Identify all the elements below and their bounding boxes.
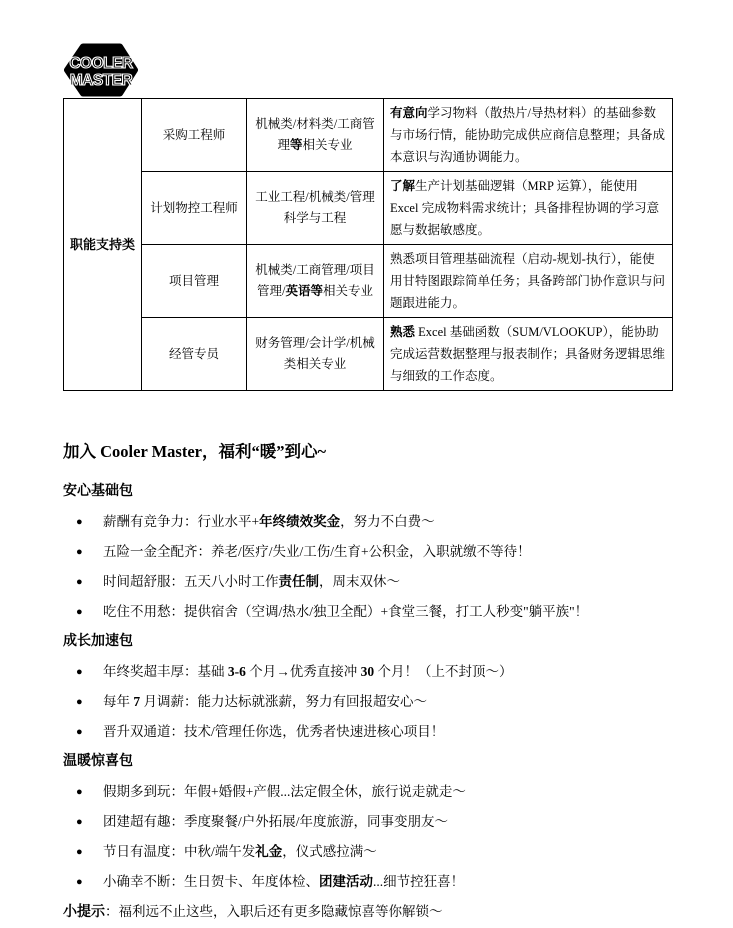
logo-text-line1: COOLER bbox=[69, 55, 133, 72]
benefit-list-growth: ●年终奖超丰厚：基础 3-6 个月→优秀直接冲 30 个月！（上不封顶～） ●每… bbox=[63, 657, 672, 747]
list-item-text: 晋升双通道：技术/管理任你选，优秀者快速进核心项目！ bbox=[103, 724, 444, 739]
job-desc-cell: 有意向学习物料（散热片/导热材料）的基础参数与市场行情，能协助完成供应商信息整理… bbox=[384, 99, 673, 172]
job-major-cell: 机械类/工商管理/项目管理/英语等相关专业 bbox=[247, 245, 384, 318]
list-item-text: 每年 7 月调薪：能力达标就涨薪，努力有回报超安心～ bbox=[103, 694, 427, 709]
list-item: ●节日有温度：中秋/端午发礼金，仪式感拉满～ bbox=[63, 837, 672, 867]
job-major-cell: 财务管理/会计学/机械类相关专业 bbox=[247, 318, 384, 391]
list-item-text: 时间超舒服：五天八小时工作责任制，周末双休～ bbox=[103, 574, 400, 589]
benefit-list-warm: ●假期多到玩：年假+婚假+产假...法定假全休，旅行说走就走～ ●团建超有趣：季… bbox=[63, 777, 672, 897]
footer-tip: 小提示：福利远不止这些，入职后还有更多隐藏惊喜等你解锁～ bbox=[63, 897, 672, 928]
benefit-list-basic: ●薪酬有竞争力：行业水平+年终绩效奖金，努力不白费～ ●五险一金全配齐：养老/医… bbox=[63, 507, 672, 627]
list-item-text: 节日有温度：中秋/端午发礼金，仪式感拉满～ bbox=[103, 844, 377, 859]
list-item-text: 吃住不用愁：提供宿舍（空调/热水/独卫全配）+食堂三餐，打工人秒变"躺平族"！ bbox=[103, 604, 588, 619]
table-row: 职能支持类 采购工程师 机械类/材料类/工商管理等相关专业 有意向学习物料（散热… bbox=[64, 99, 673, 172]
bullet-icon: ● bbox=[76, 537, 83, 567]
bullet-icon: ● bbox=[76, 507, 83, 537]
job-title-cell: 经管专员 bbox=[142, 318, 247, 391]
list-item-text: 年终奖超丰厚：基础 3-6 个月→优秀直接冲 30 个月！（上不封顶～） bbox=[103, 664, 513, 679]
job-major-cell: 工业工程/机械类/管理科学与工程 bbox=[247, 172, 384, 245]
job-desc-cell: 熟悉项目管理基础流程（启动-规划-执行），能使用甘特图跟踪简单任务；具备跨部门协… bbox=[384, 245, 673, 318]
list-item: ●薪酬有竞争力：行业水平+年终绩效奖金，努力不白费～ bbox=[63, 507, 672, 537]
logo-text-line2: MASTER bbox=[70, 72, 133, 89]
page-title: 加入 Cooler Master，福利“暖”到心~ bbox=[63, 440, 672, 464]
list-item-text: 五险一金全配齐：养老/医疗/失业/工伤/生育+公积金，入职就缴不等待！ bbox=[103, 544, 531, 559]
job-desc-cell: 了解生产计划基础逻辑（MRP 运算），能使用 Excel 完成物料需求统计；具备… bbox=[384, 172, 673, 245]
list-item-text: 薪酬有竞争力：行业水平+年终绩效奖金，努力不白费～ bbox=[103, 514, 435, 529]
list-item: ●晋升双通道：技术/管理任你选，优秀者快速进核心项目！ bbox=[63, 717, 672, 747]
job-desc-cell: 熟悉 Excel 基础函数（SUM/VLOOKUP），能协助完成运营数据整理与报… bbox=[384, 318, 673, 391]
job-major-cell: 机械类/材料类/工商管理等相关专业 bbox=[247, 99, 384, 172]
hexagon-logo-icon: COOLER MASTER bbox=[63, 42, 139, 98]
bullet-icon: ● bbox=[76, 837, 83, 867]
list-item: ●每年 7 月调薪：能力达标就涨薪，努力有回报超安心～ bbox=[63, 687, 672, 717]
bullet-icon: ● bbox=[76, 777, 83, 807]
table-row: 经管专员 财务管理/会计学/机械类相关专业 熟悉 Excel 基础函数（SUM/… bbox=[64, 318, 673, 391]
list-item: ●小确幸不断：生日贺卡、年度体检、团建活动...细节控狂喜！ bbox=[63, 867, 672, 897]
list-item-text: 小确幸不断：生日贺卡、年度体检、团建活动...细节控狂喜！ bbox=[103, 874, 464, 889]
list-item: ●五险一金全配齐：养老/医疗/失业/工伤/生育+公积金，入职就缴不等待！ bbox=[63, 537, 672, 567]
bullet-icon: ● bbox=[76, 597, 83, 627]
bullet-icon: ● bbox=[76, 687, 83, 717]
bullet-icon: ● bbox=[76, 807, 83, 837]
table-row: 项目管理 机械类/工商管理/项目管理/英语等相关专业 熟悉项目管理基础流程（启动… bbox=[64, 245, 673, 318]
bullet-icon: ● bbox=[76, 867, 83, 897]
bullet-icon: ● bbox=[76, 717, 83, 747]
table-row: 计划物控工程师 工业工程/机械类/管理科学与工程 了解生产计划基础逻辑（MRP … bbox=[64, 172, 673, 245]
list-item: ●年终奖超丰厚：基础 3-6 个月→优秀直接冲 30 个月！（上不封顶～） bbox=[63, 657, 672, 687]
job-title-cell: 采购工程师 bbox=[142, 99, 247, 172]
list-item-text: 团建超有趣：季度聚餐/户外拓展/年度旅游，同事变朋友～ bbox=[103, 814, 448, 829]
section-title-basic: 安心基础包 bbox=[63, 477, 672, 507]
section-title-warm: 温暖惊喜包 bbox=[63, 747, 672, 777]
list-item-text: 假期多到玩：年假+婚假+产假...法定假全休，旅行说走就走～ bbox=[103, 784, 466, 799]
section-title-growth: 成长加速包 bbox=[63, 627, 672, 657]
cooler-master-logo: COOLER MASTER bbox=[63, 42, 139, 98]
jobs-table: 职能支持类 采购工程师 机械类/材料类/工商管理等相关专业 有意向学习物料（散热… bbox=[63, 98, 673, 391]
job-category-cell: 职能支持类 bbox=[64, 99, 142, 391]
document-page: COOLER MASTER 职能支持类 采购工程师 机械类/材料类/工商管理等相… bbox=[0, 0, 733, 876]
list-item: ●假期多到玩：年假+婚假+产假...法定假全休，旅行说走就走～ bbox=[63, 777, 672, 807]
job-title-cell: 项目管理 bbox=[142, 245, 247, 318]
list-item: ●时间超舒服：五天八小时工作责任制，周末双休～ bbox=[63, 567, 672, 597]
list-item: ●吃住不用愁：提供宿舍（空调/热水/独卫全配）+食堂三餐，打工人秒变"躺平族"！ bbox=[63, 597, 672, 627]
bullet-icon: ● bbox=[76, 567, 83, 597]
bullet-icon: ● bbox=[76, 657, 83, 687]
job-title-cell: 计划物控工程师 bbox=[142, 172, 247, 245]
list-item: ●团建超有趣：季度聚餐/户外拓展/年度旅游，同事变朋友～ bbox=[63, 807, 672, 837]
